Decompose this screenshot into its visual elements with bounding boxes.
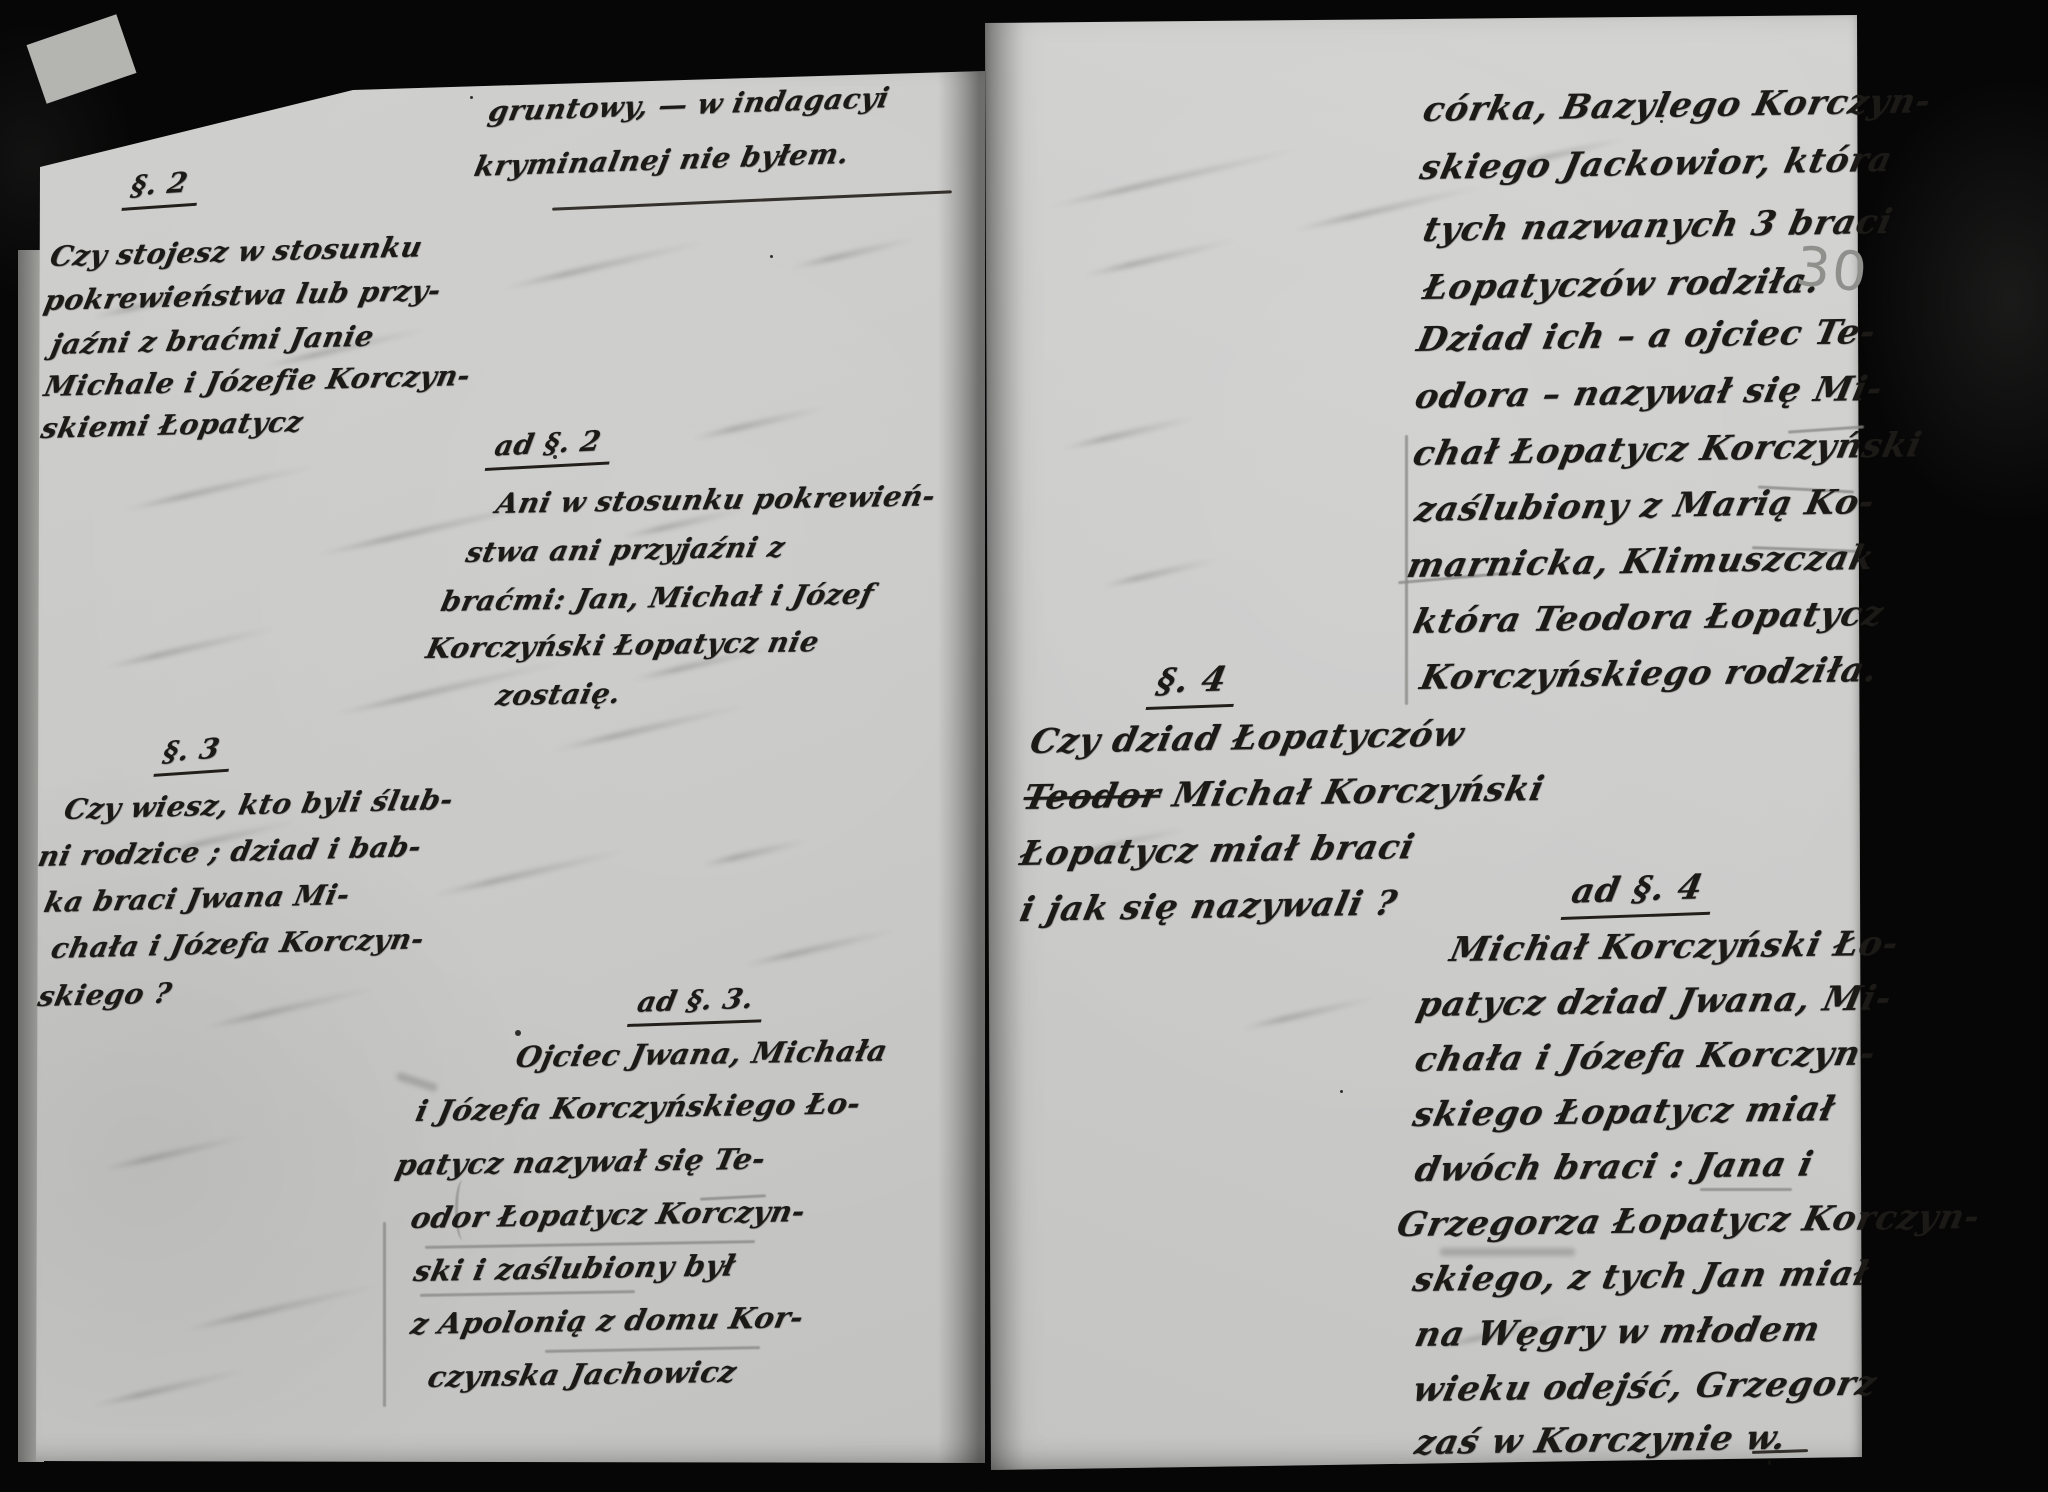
answer-heading: ad §. 3. bbox=[627, 981, 769, 1027]
manuscript-line: Grzegorza Łopatycz Korczyn- bbox=[1393, 1197, 1984, 1245]
manuscript-line: zaślubiony z Marią Ko- bbox=[1411, 482, 1878, 530]
struck-word: Teodor bbox=[1019, 776, 1164, 818]
manuscript-line: i jak się nazywali ? bbox=[1016, 883, 1401, 930]
document-scan: gruntowy, — w indagacyi kryminalnej nie … bbox=[0, 0, 2048, 1492]
manuscript-line: skiego Łopatycz miał bbox=[1409, 1089, 1838, 1135]
manuscript-line: Czy dziad Łopatyczów bbox=[1026, 714, 1468, 762]
dust-speck bbox=[515, 1030, 521, 1036]
manuscript-line: patycz dziad Jwana, Mi- bbox=[1413, 978, 1895, 1025]
manuscript-line: Michał Korczyński Ło- bbox=[1446, 924, 1902, 970]
manuscript-line: Korczyńskiego rodziła. bbox=[1416, 650, 1881, 698]
manuscript-line: wieku odejść, Grzegorz bbox=[1409, 1364, 1881, 1410]
manuscript-line: z Apolonią z domu Kor- bbox=[408, 1300, 807, 1341]
manuscript-line: Łopatycz miał braci bbox=[1016, 827, 1418, 874]
dust-speck bbox=[770, 255, 773, 258]
page-corner-sliver bbox=[26, 14, 136, 104]
manuscript-line: na Węgry w młodem bbox=[1411, 1309, 1824, 1355]
manuscript-line: Korczyński Łopatycz nie bbox=[423, 625, 822, 665]
section-heading: §. 4 bbox=[1146, 659, 1243, 710]
manuscript-line: czynska Jachowicz bbox=[425, 1355, 740, 1394]
dust-speck bbox=[1340, 1090, 1343, 1093]
manuscript-line-rest: Michał Korczyński bbox=[1156, 769, 1548, 816]
manuscript-line: dwóch braci : Jana i bbox=[1411, 1144, 1817, 1190]
pencil-page-number: 30 bbox=[1793, 234, 1872, 304]
manuscript-line: zaś w Korczynie w. bbox=[1411, 1418, 1790, 1463]
manuscript-line: zostaię. bbox=[493, 677, 624, 712]
manuscript-line: patycz nazywał się Te- bbox=[393, 1142, 769, 1182]
manuscript-line: marnicka, Klimuszczak bbox=[1403, 538, 1878, 586]
manuscript-line: odor Łopatycz Korczyn- bbox=[408, 1194, 809, 1235]
manuscript-line: chała i Józefa Korczyn- bbox=[1411, 1034, 1879, 1080]
section-heading: §. 2 bbox=[121, 165, 202, 211]
manuscript-line: córka, Bazylego Korczyn- bbox=[1419, 81, 1935, 130]
manuscript-line: skiego ? bbox=[35, 977, 175, 1013]
manuscript-line: Dziad ich – a ojciec Te- bbox=[1413, 312, 1879, 360]
manuscript-line: stwa ani przyjaźni z bbox=[463, 530, 788, 569]
manuscript-line: odora – nazywał się Mi- bbox=[1411, 369, 1886, 417]
manuscript-line: skiemi Łopatycz bbox=[38, 405, 306, 445]
manuscript-line: Łopatyczów rodziła. bbox=[1419, 261, 1823, 308]
pencil-underline bbox=[1700, 1188, 1792, 1191]
manuscript-line: która Teodora Łopatycz bbox=[1409, 594, 1887, 642]
answer-heading: ad §. 4 bbox=[1561, 867, 1719, 920]
manuscript-line: skiego, z tych Jan miał bbox=[1409, 1254, 1872, 1300]
pencil-margin-line bbox=[383, 1222, 386, 1407]
pencil-smudge bbox=[1440, 1248, 1575, 1256]
section-heading: §. 3 bbox=[153, 731, 234, 777]
dust-speck bbox=[470, 96, 473, 99]
answer-heading: ad §. 2 bbox=[485, 424, 616, 471]
ink-tick bbox=[1768, 1460, 1771, 1465]
manuscript-line: ski i zaślubiony był bbox=[411, 1248, 739, 1288]
manuscript-line: skiego Jackowior, która bbox=[1416, 140, 1896, 188]
manuscript-line: Ojciec Jwana, Michała bbox=[513, 1034, 891, 1074]
